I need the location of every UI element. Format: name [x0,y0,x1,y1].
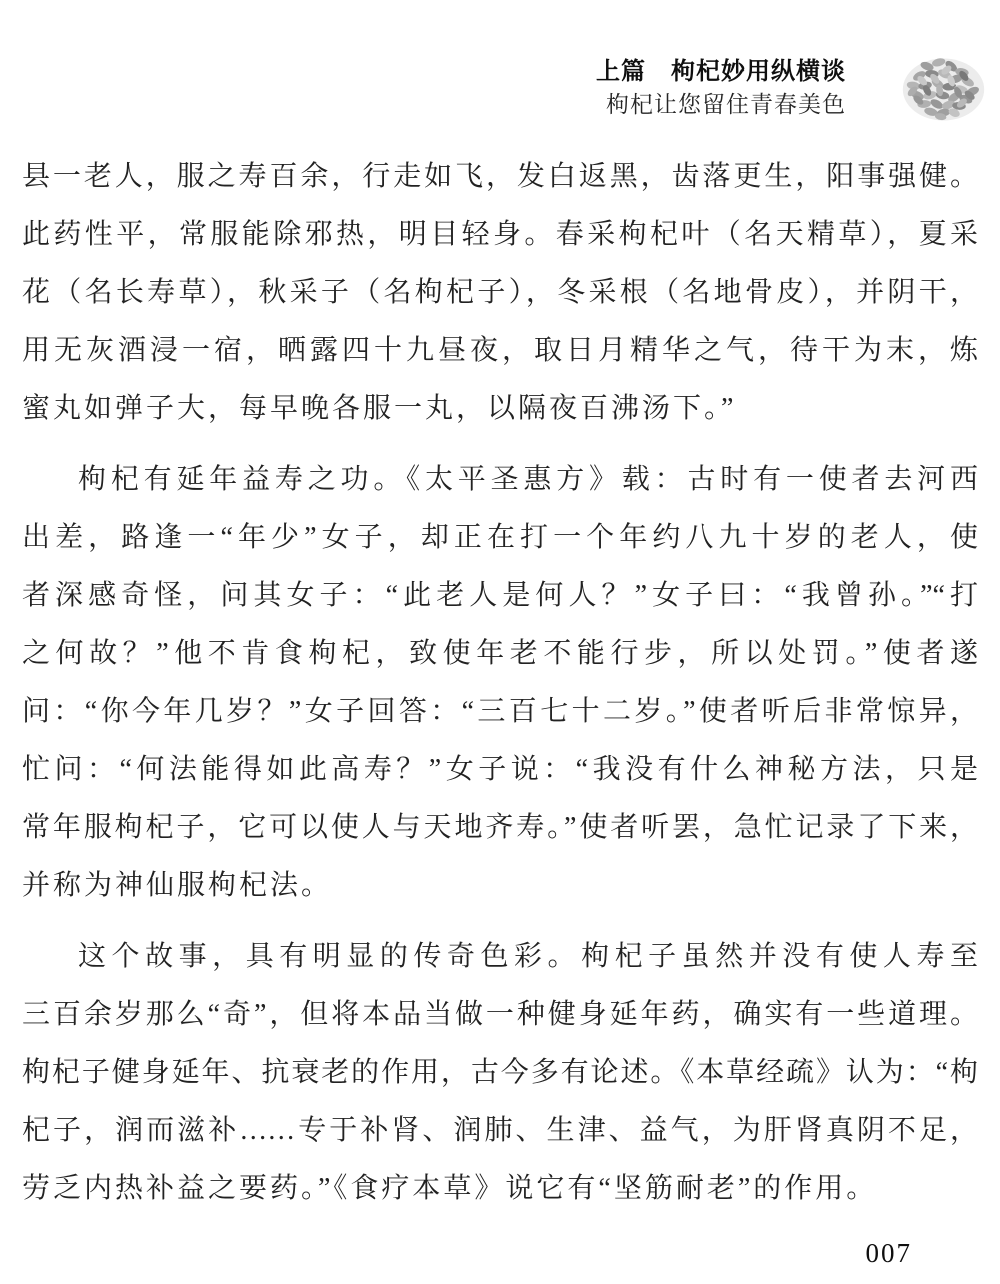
text-line: 杞子，润而滋补……专于补肾、润肺、生津、益气，为肝肾真阴不足， [22,1102,978,1160]
page-header: 上篇 枸杞妙用纵横谈 枸杞让您留住青春美色 [0,46,990,130]
text-line: 花（名长寿草），秋采子（名枸杞子），冬采根（名地骨皮），并阴干， [22,264,978,322]
goji-berries-image [898,46,990,130]
header-text: 上篇 枸杞妙用纵横谈 枸杞让您留住青春美色 [596,55,846,121]
text-line: 用无灰酒浸一宿，晒露四十九昼夜，取日月精华之气，待干为末，炼 [22,322,978,380]
page-number: 007 [866,1238,913,1269]
text-line: 这个故事，具有明显的传奇色彩。枸杞子虽然并没有使人寿至 [22,928,978,986]
text-line: 枸杞子健身延年、抗衰老的作用，古今多有论述。《本草经疏》认为：“枸 [22,1044,978,1102]
paragraph: 县一老人，服之寿百余，行走如飞，发白返黑，齿落更生，阳事强健。 此药性平，常服能… [22,148,978,438]
text-line: 劳乏内热补益之要药。”《食疗本草》说它有“坚筋耐老”的作用。 [22,1160,978,1218]
text-line: 忙问：“何法能得如此高寿？”女子说：“我没有什么神秘方法，只是 [22,741,978,799]
text-line: 枸杞有延年益寿之功。《太平圣惠方》载：古时有一使者去河西 [22,451,978,509]
text-line: 蜜丸如弹子大，每早晚各服一丸，以隔夜百沸汤下。” [22,380,978,438]
text-line: 者深感奇怪，问其女子：“此老人是何人？”女子曰：“我曾孙。”“打 [22,567,978,625]
section-title: 上篇 枸杞妙用纵横谈 [596,55,846,89]
text-line: 此药性平，常服能除邪热，明目轻身。春采枸杞叶（名天精草），夏采 [22,206,978,264]
paragraph: 枸杞有延年益寿之功。《太平圣惠方》载：古时有一使者去河西 出差，路逢一“年少”女… [22,451,978,915]
text-line: 之何故？”他不肯食枸杞，致使年老不能行步，所以处罚。”使者遂 [22,625,978,683]
book-page: 上篇 枸杞妙用纵横谈 枸杞让您留住青春美色 [0,0,1000,1284]
body-text: 县一老人，服之寿百余，行走如飞，发白返黑，齿落更生，阳事强健。 此药性平，常服能… [22,148,978,1231]
paragraph: 这个故事，具有明显的传奇色彩。枸杞子虽然并没有使人寿至 三百余岁那么“奇”，但将… [22,928,978,1218]
text-line: 并称为神仙服枸杞法。 [22,857,978,915]
text-line: 问：“你今年几岁？”女子回答：“三百七十二岁。”使者听后非常惊异， [22,683,978,741]
text-line: 三百余岁那么“奇”，但将本品当做一种健身延年药，确实有一些道理。 [22,986,978,1044]
text-line: 县一老人，服之寿百余，行走如飞，发白返黑，齿落更生，阳事强健。 [22,148,978,206]
page-subtitle: 枸杞让您留住青春美色 [596,89,846,121]
text-line: 出差，路逢一“年少”女子，却正在打一个年约八九十岁的老人，使 [22,509,978,567]
text-line: 常年服枸杞子，它可以使人与天地齐寿。”使者听罢，急忙记录了下来， [22,799,978,857]
